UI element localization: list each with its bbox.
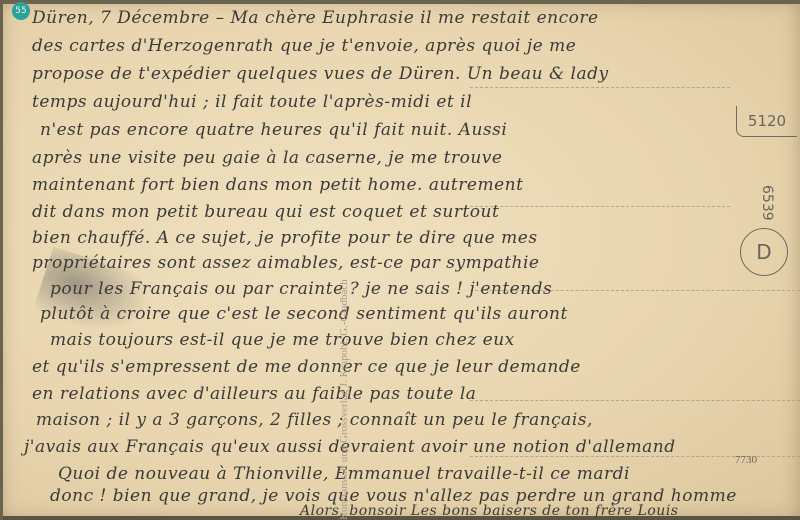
postcard-back: 55 Düren, 7 Décembre – Ma chère Euphrasi… bbox=[0, 0, 800, 520]
archive-box-number: 5120 bbox=[736, 106, 797, 137]
handwritten-line: propose de t'expédier quelques vues de D… bbox=[32, 64, 609, 84]
handwritten-line: maintenant fort bien dans mon petit home… bbox=[32, 175, 523, 195]
handwritten-signoff: Alors, bonsoir Les bons baisers de ton f… bbox=[300, 503, 679, 519]
scan-edge-left bbox=[0, 0, 3, 520]
handwritten-line: et qu'ils s'empressent de me donner ce q… bbox=[32, 357, 581, 377]
scan-edge-top bbox=[0, 0, 800, 4]
handwritten-line: propriétaires sont assez aimables, est-c… bbox=[32, 253, 540, 273]
collection-stamp-icon: 55 bbox=[12, 2, 30, 20]
printed-card-number: 7730 bbox=[735, 454, 757, 466]
publisher-imprint: Kunstanstalt und Grossverlag J. Krapohl,… bbox=[338, 279, 350, 520]
handwritten-line: après une visite peu gaie à la caserne, … bbox=[32, 148, 502, 168]
handwritten-line: n'est pas encore quatre heures qu'il fai… bbox=[40, 120, 507, 140]
handwritten-line: temps aujourd'hui ; il fait toute l'aprè… bbox=[32, 92, 472, 112]
handwritten-line: Düren, 7 Décembre – Ma chère Euphrasie i… bbox=[32, 8, 599, 28]
pencil-side-number: 6539 bbox=[759, 185, 775, 221]
circled-letter-mark: D bbox=[740, 228, 788, 276]
handwritten-line: pour les Français ou par crainte ? je ne… bbox=[50, 279, 552, 299]
address-line-2 bbox=[470, 206, 730, 207]
handwritten-line: dit dans mon petit bureau qui est coquet… bbox=[32, 202, 499, 222]
handwritten-line: plutôt à croire que c'est le second sent… bbox=[40, 304, 568, 324]
address-line-1 bbox=[470, 87, 730, 88]
handwritten-line: en relations avec d'ailleurs au faible p… bbox=[32, 384, 476, 404]
handwritten-line: mais toujours est-il que je me trouve bi… bbox=[50, 330, 515, 350]
address-line-4 bbox=[470, 400, 800, 401]
handwritten-line: bien chauffé. A ce sujet, je profite pou… bbox=[32, 228, 538, 248]
handwritten-line: des cartes d'Herzogenrath que je t'envoi… bbox=[32, 36, 576, 56]
handwritten-line: maison ; il y a 3 garçons, 2 filles ; co… bbox=[36, 410, 593, 430]
